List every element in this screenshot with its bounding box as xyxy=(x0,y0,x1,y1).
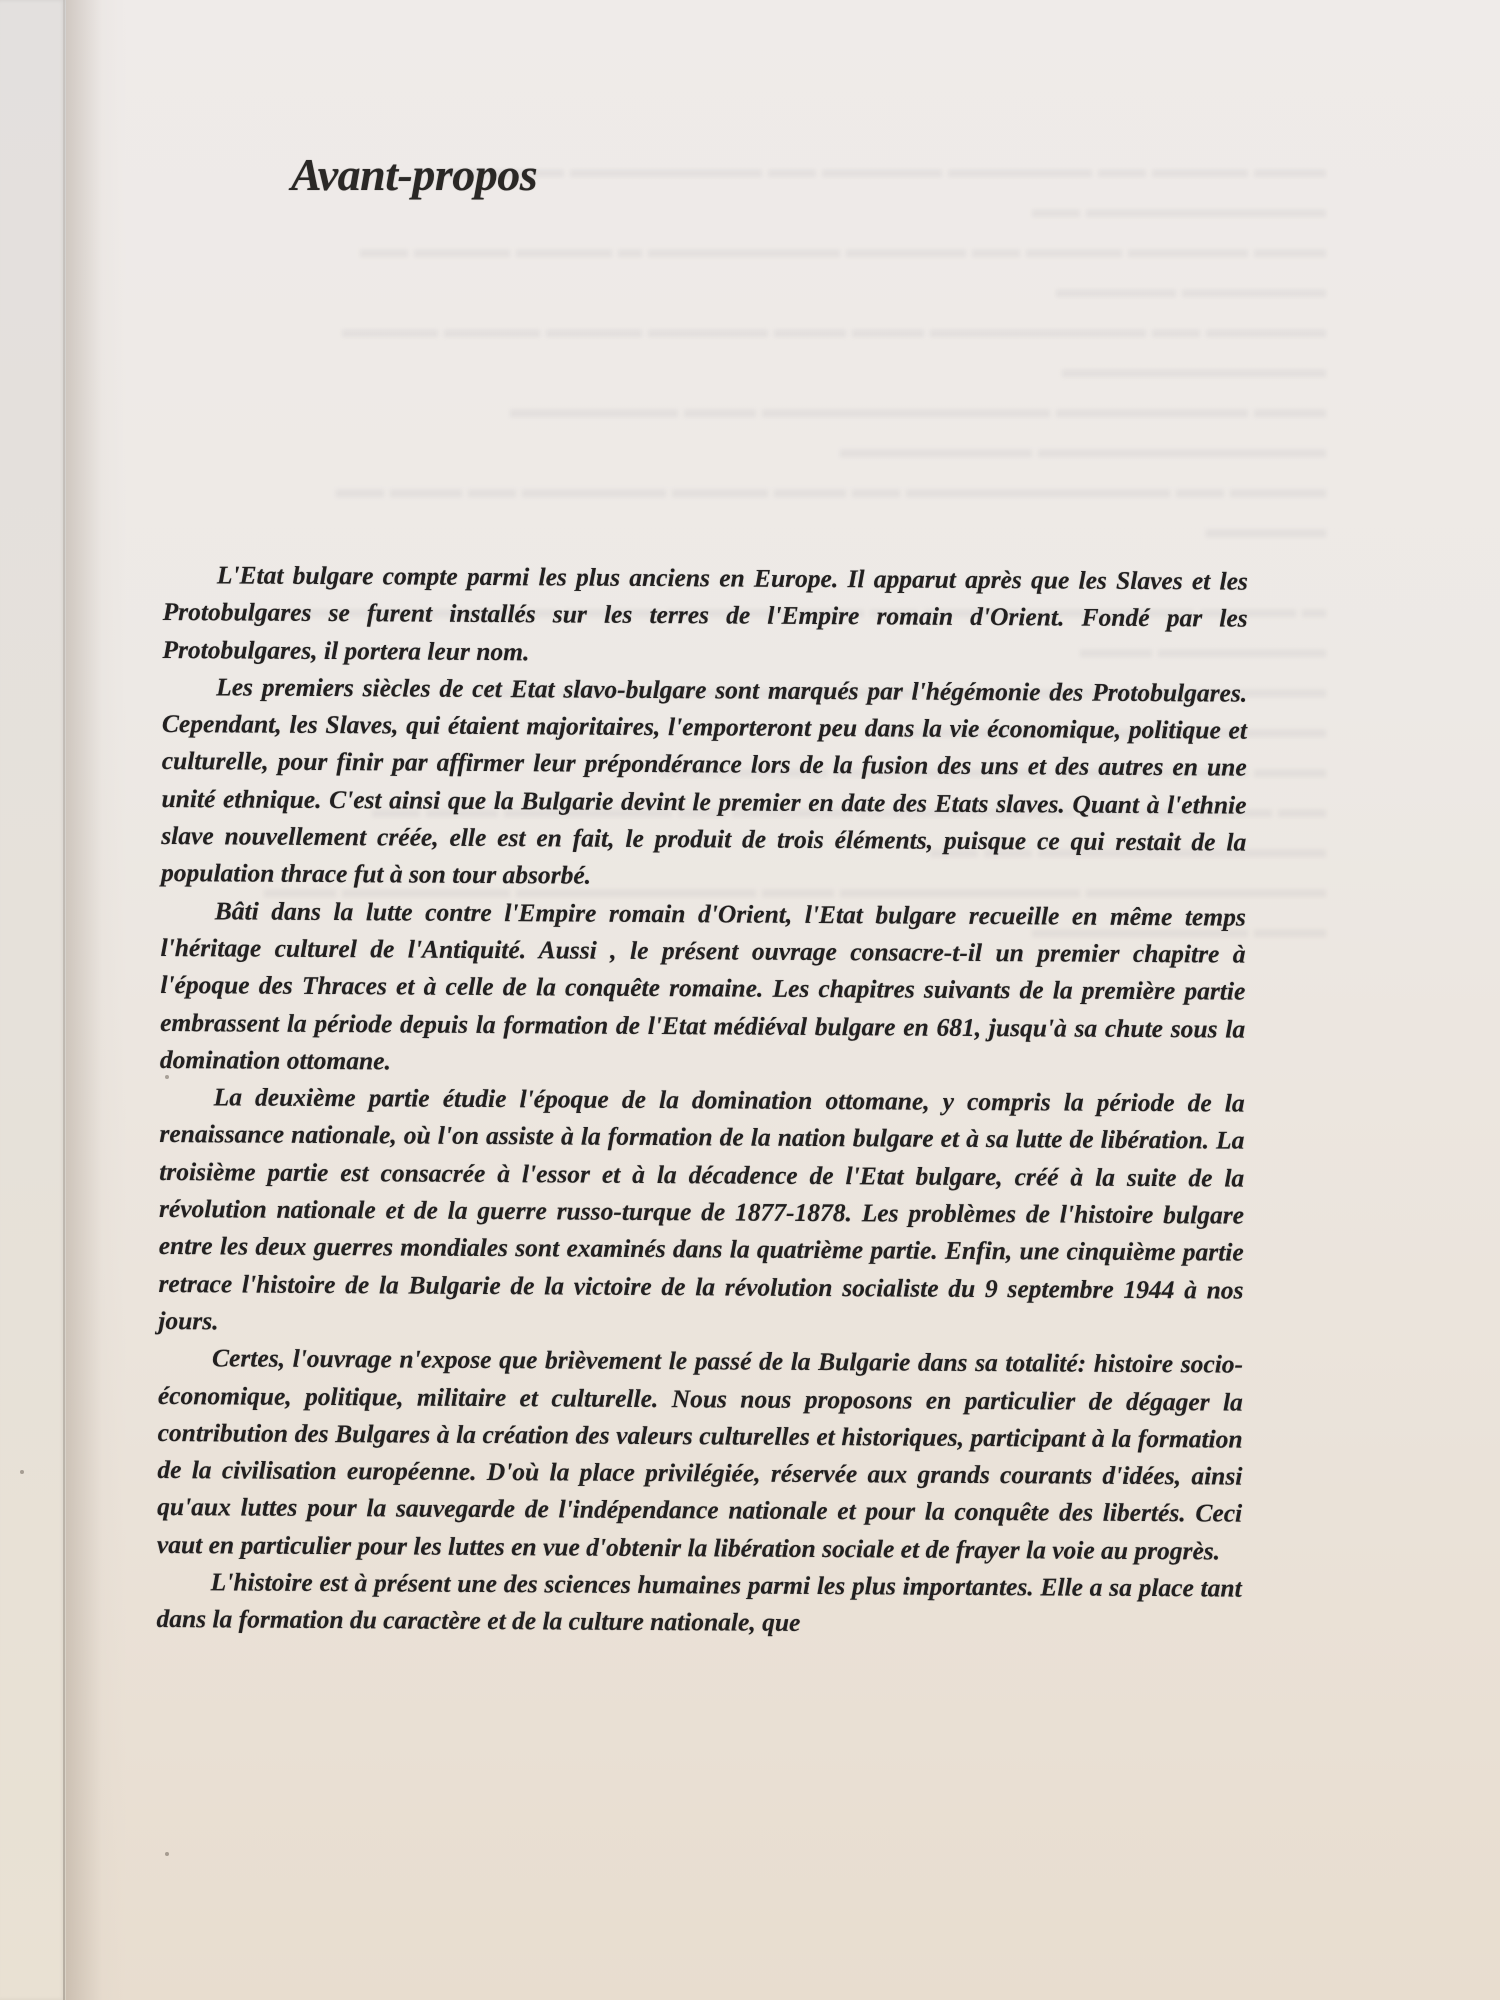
page-title: Avant-propos xyxy=(291,148,537,201)
facing-page-edge xyxy=(0,0,66,2000)
paragraph: L'Etat bulgare compte parmi les plus anc… xyxy=(162,556,1248,675)
body-text: L'Etat bulgare compte parmi les plus anc… xyxy=(156,556,1248,1644)
paragraph: Les premiers siècles de cet Etat slavo-b… xyxy=(161,668,1247,898)
paragraph: L'histoire est à présent une des science… xyxy=(156,1563,1241,1644)
gutter-shadow xyxy=(66,0,126,2000)
paragraph: La deuxième partie étudie l'époque de la… xyxy=(158,1078,1245,1346)
margin-speck xyxy=(165,1075,169,1079)
paragraph: Certes, l'ouvrage n'expose que brièvemen… xyxy=(157,1339,1243,1569)
margin-speck xyxy=(165,1852,169,1856)
margin-speck xyxy=(20,1470,24,1474)
paragraph: Bâti dans la lutte contre l'Empire romai… xyxy=(160,892,1246,1085)
facing-page-border xyxy=(63,0,65,2000)
